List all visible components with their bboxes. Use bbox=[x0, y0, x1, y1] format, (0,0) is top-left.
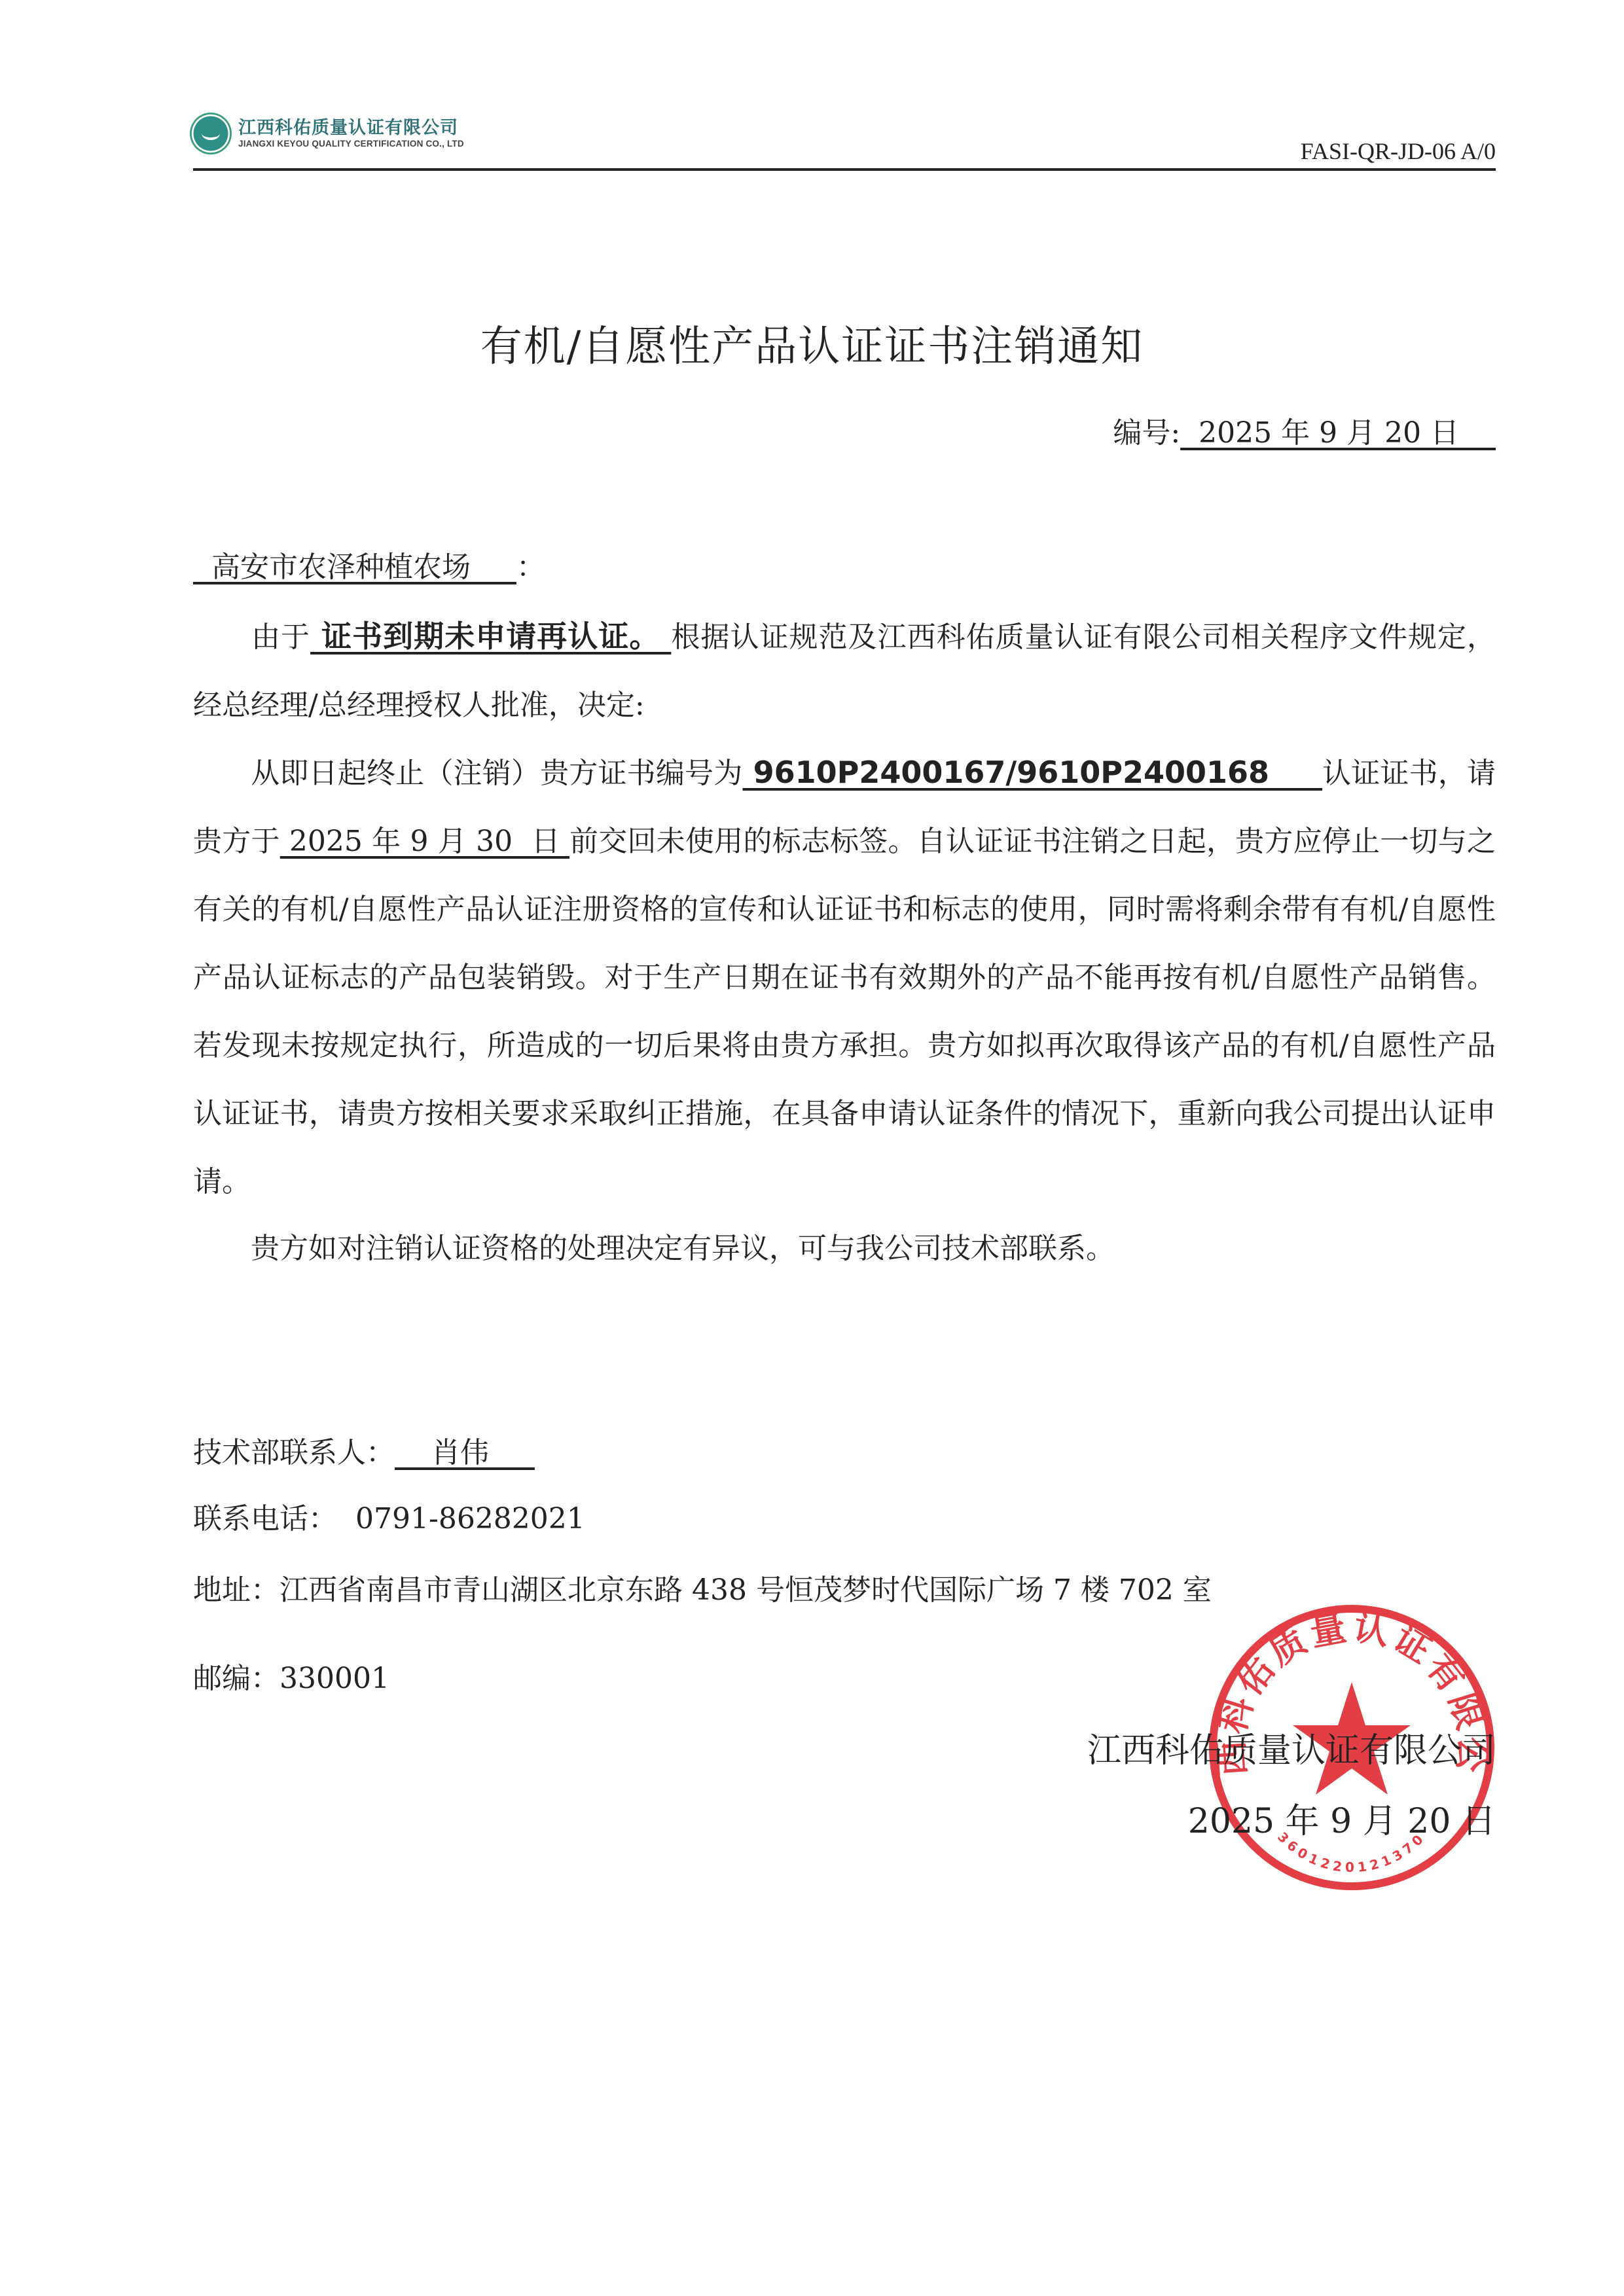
objection-text: 贵方如对注销认证资格的处理决定有异议，可与我公司技术部联系。 bbox=[251, 1232, 1115, 1265]
paragraph-objection: 贵方如对注销认证资格的处理决定有异议，可与我公司技术部联系。 bbox=[193, 1215, 1496, 1283]
contact-address: 地址：江西省南昌市青山湖区北京东路 438 号恒茂梦时代国际广场 7 楼 702… bbox=[193, 1566, 1212, 1608]
company-logo: 江西科佑质量认证有限公司 JIANGXI KEYOU QUALITY CERTI… bbox=[190, 113, 464, 154]
company-emblem-icon bbox=[190, 113, 232, 154]
return-deadline: 2025 年 9 月 30 日 bbox=[280, 825, 569, 858]
form-code: FASI-QR-JD-06 A/0 bbox=[1301, 137, 1496, 165]
addressee: 高安市农泽种植农场 ： bbox=[193, 543, 545, 585]
logo-company-cn: 江西科佑质量认证有限公司 bbox=[238, 118, 464, 139]
addressee-colon: ： bbox=[516, 550, 545, 584]
reason-prefix: 由于 bbox=[251, 620, 310, 654]
decision-rest: 前交回未使用的标志标签。自认证证书注销之日起，贵方应停止一切与之有关的有机/自愿… bbox=[193, 825, 1496, 1198]
contact-postcode-label: 邮编： bbox=[193, 1662, 280, 1695]
serial-value: 2025 年 9 月 20 日 bbox=[1180, 416, 1496, 450]
serial-label: 编号: bbox=[1113, 416, 1180, 450]
paragraph-decision: 从即日起终止（注销）贵方证书编号为 9610P2400167/9610P2400… bbox=[193, 738, 1496, 1216]
contact-postcode-value: 330001 bbox=[280, 1662, 389, 1695]
document-title: 有机/自愿性产品认证证书注销通知 bbox=[0, 313, 1624, 373]
signature-company: 江西科佑质量认证有限公司 bbox=[1087, 1723, 1496, 1772]
reason-value: 证书到期未申请再认证。 bbox=[310, 619, 671, 654]
decision-prefix: 从即日起终止（注销）贵方证书编号为 bbox=[251, 757, 742, 790]
signature-date: 2025 年 9 月 20 日 bbox=[1188, 1793, 1496, 1842]
contact-person-label: 技术部联系人： bbox=[193, 1436, 395, 1469]
header-divider bbox=[193, 168, 1496, 171]
contact-person-name: 肖伟 bbox=[395, 1436, 535, 1469]
addressee-name: 高安市农泽种植农场 bbox=[193, 550, 516, 584]
contact-address-label: 地址： bbox=[193, 1573, 280, 1607]
paragraph-reason: 由于 证书到期未申请再认证。 根据认证规范及江西科佑质量认证有限公司相关程序文件… bbox=[193, 602, 1496, 740]
contact-address-value: 江西省南昌市青山湖区北京东路 438 号恒茂梦时代国际广场 7 楼 702 室 bbox=[280, 1573, 1212, 1607]
contact-phone-value: 0791-86282021 bbox=[355, 1502, 585, 1535]
contact-phone-label: 联系电话： bbox=[193, 1502, 337, 1535]
serial-number: 编号: 2025 年 9 月 20 日 bbox=[1113, 409, 1496, 451]
contact-postcode: 邮编：330001 bbox=[193, 1655, 389, 1696]
contact-phone: 联系电话： 0791-86282021 bbox=[193, 1495, 585, 1537]
certificate-numbers: 9610P2400167/9610P2400168 bbox=[742, 755, 1322, 790]
logo-company-en: JIANGXI KEYOU QUALITY CERTIFICATION CO.,… bbox=[238, 139, 464, 149]
contact-person: 技术部联系人： 肖伟 bbox=[193, 1429, 535, 1471]
